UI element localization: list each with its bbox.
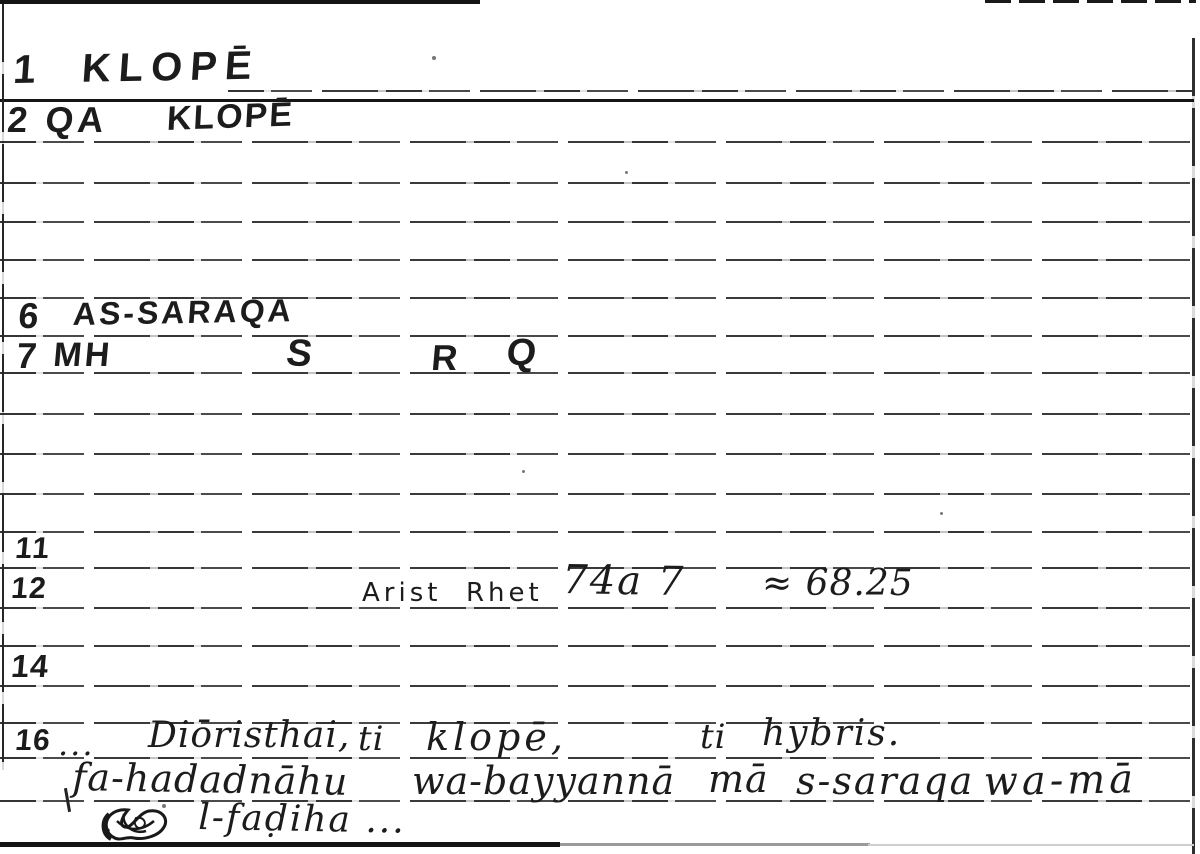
ruled-line <box>0 531 1194 533</box>
line12-arist-rhet: Arist Rhet <box>362 580 543 606</box>
top-edge-right <box>985 0 1196 3</box>
ink-scribble-doodle <box>96 800 188 848</box>
line16-ti-1: ti <box>358 722 385 756</box>
bottom-edge-right <box>868 844 1194 846</box>
ruled-line <box>0 259 1194 261</box>
bottom-edge-left <box>0 842 560 847</box>
ruled-line <box>0 372 1194 374</box>
ruled-line <box>0 453 1194 455</box>
line16-hybris: hybris. <box>762 716 901 752</box>
line7-letter-q: Q <box>505 334 538 372</box>
right-edge-line <box>1192 38 1195 854</box>
line2-klope: KLOPĒ <box>166 97 295 136</box>
ruled-line <box>0 221 1194 223</box>
line14-number: 14 <box>10 650 50 682</box>
stray-stroke <box>64 788 71 812</box>
top-edge-left <box>0 0 480 4</box>
line6-as-saraqa: AS-SARAQA <box>72 294 295 330</box>
ruled-line <box>0 685 1194 687</box>
line7-number: 7 <box>15 338 38 374</box>
line11-number: 11 <box>14 534 52 564</box>
translit-l-fadiha: l-faḍiha ... <box>198 800 406 840</box>
scanned-index-card: { "document": { "paper_color": "#ffffff"… <box>0 0 1200 854</box>
index-card: 1 KLOPĒ2 QAKLOPĒ6AS-SARAQA7MHSRQ1112Aris… <box>0 0 1200 854</box>
scan-speck <box>522 470 525 473</box>
bottom-edge-mid <box>560 843 870 846</box>
line7-letter-r: R <box>430 340 459 376</box>
line1-label: 1 KLOPĒ <box>12 46 261 90</box>
ruled-line <box>0 645 1194 647</box>
line2-number-qa: 2 QA <box>6 102 109 138</box>
translit-wa-ma: wa-mā <box>983 759 1137 802</box>
scan-speck <box>162 804 166 808</box>
line12-value: ≈ 68.25 <box>762 566 914 602</box>
line7-mh: MH <box>52 338 114 372</box>
ruled-line <box>0 413 1194 415</box>
translit-wa-bayyanna: wa-bayyannā <box>412 762 675 800</box>
ruled-line <box>0 335 1194 337</box>
line7-letter-s: S <box>284 334 315 373</box>
ruled-line <box>0 182 1194 184</box>
line12-reference: 74a 7 <box>562 560 686 602</box>
translit-s-saraqa: s-saraqa <box>796 762 974 800</box>
left-edge-line <box>2 4 4 770</box>
ruled-line <box>0 607 1194 609</box>
line6-number: 6 <box>17 298 40 334</box>
line12-number: 12 <box>10 574 48 604</box>
ruled-line <box>0 493 1194 495</box>
line16-ti-2: ti <box>700 720 727 754</box>
scan-speck <box>940 512 943 515</box>
line16-klope: klopē, <box>426 718 567 756</box>
translit-fa-hadadnahu: fa-hadadnāhu <box>72 758 349 801</box>
line16-number: 16 <box>14 726 52 756</box>
ruled-line <box>0 141 1194 143</box>
ruled-line <box>228 90 1194 92</box>
scan-speck <box>432 56 436 60</box>
line16-dioristhai: Diōristhai, <box>148 718 350 754</box>
translit-ma: mā <box>708 760 769 798</box>
scan-speck <box>625 171 628 174</box>
